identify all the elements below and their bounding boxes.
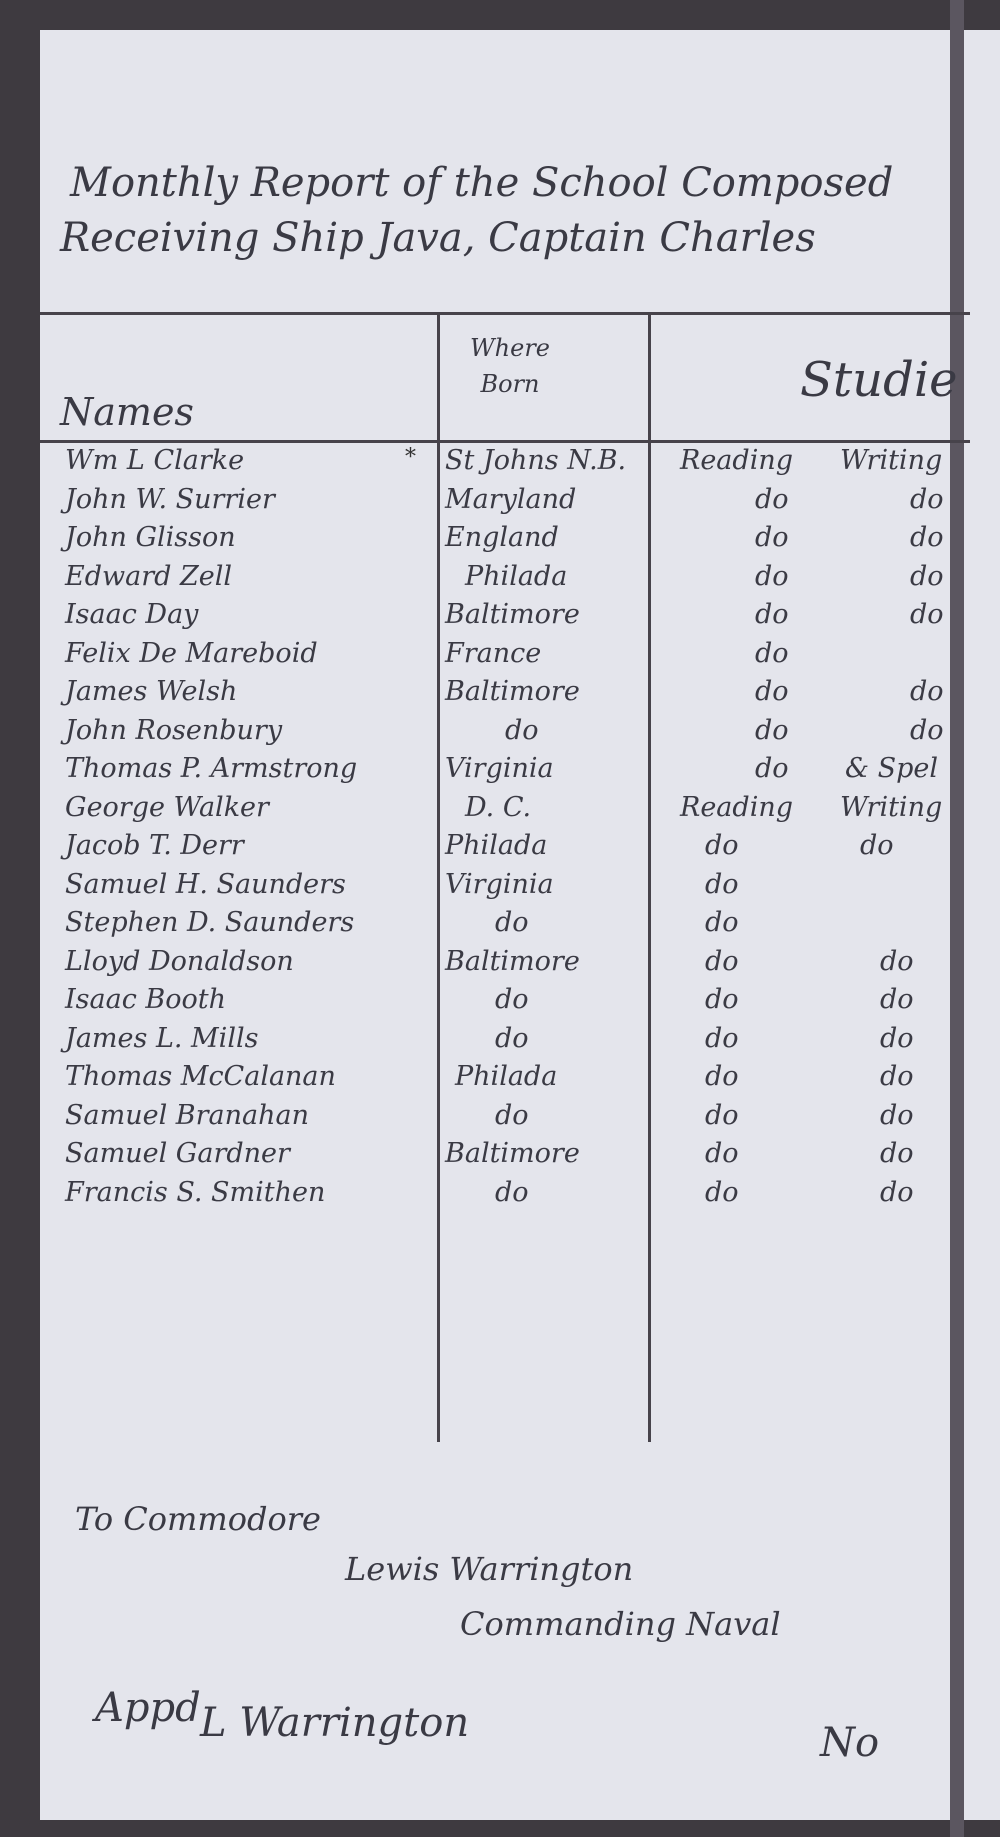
table-row: Wm L Clarke * St Johns N.B. Reading Writ…: [0, 445, 1000, 484]
birthplace: do: [495, 907, 529, 938]
table-row: Francis S. Smithen do do do: [0, 1177, 1000, 1216]
header-bottom-rule: [40, 440, 970, 443]
approved-mark: Appd: [95, 1685, 201, 1731]
study-reading: do: [755, 715, 789, 746]
study-reading: do: [755, 599, 789, 630]
study-reading: do: [755, 484, 789, 515]
student-name: Thomas P. Armstrong: [65, 753, 357, 784]
study-writing: Writing: [840, 445, 942, 476]
study-reading: Reading: [680, 445, 793, 476]
student-name: Isaac Booth: [65, 984, 226, 1015]
table-row: Isaac Day Baltimore do do: [0, 599, 1000, 638]
student-name: Stephen D. Saunders: [65, 907, 354, 938]
birthplace: do: [495, 1100, 529, 1131]
header-where-born: Where Born: [470, 330, 550, 402]
study-reading: do: [705, 869, 739, 900]
study-reading: do: [705, 830, 739, 861]
birthplace: England: [445, 522, 559, 553]
birthplace: St Johns N.B.: [445, 445, 626, 476]
header-born: Born: [470, 366, 550, 402]
table-row: Isaac Booth do do do: [0, 984, 1000, 1023]
table-row: Jacob T. Derr Philada do do: [0, 830, 1000, 869]
study-writing: do: [860, 830, 894, 861]
birthplace: Baltimore: [445, 599, 580, 630]
birthplace: Virginia: [445, 869, 554, 900]
study-reading: Reading: [680, 792, 793, 823]
student-name: John W. Surrier: [65, 484, 275, 515]
student-list: Wm L Clarke * St Johns N.B. Reading Writ…: [0, 445, 1000, 1215]
student-name: Edward Zell: [65, 561, 232, 592]
student-name: John Rosenbury: [65, 715, 282, 746]
signature: L Warrington: [200, 1700, 469, 1746]
table-row: Samuel Branahan do do do: [0, 1100, 1000, 1139]
birthplace: do: [505, 715, 539, 746]
study-writing: do: [880, 1023, 914, 1054]
closing-addressee: Lewis Warrington: [345, 1550, 633, 1588]
study-writing: do: [880, 1061, 914, 1092]
study-writing: do: [910, 599, 944, 630]
birthplace: do: [495, 1023, 529, 1054]
birthplace: Philada: [445, 830, 547, 861]
table-row: Lloyd Donaldson Baltimore do do: [0, 946, 1000, 985]
birthplace: Maryland: [445, 484, 576, 515]
table-row: James L. Mills do do do: [0, 1023, 1000, 1062]
table-row: Edward Zell Philada do do: [0, 561, 1000, 600]
study-reading: do: [755, 676, 789, 707]
student-name: Felix De Mareboid: [65, 638, 318, 669]
study-writing: do: [880, 946, 914, 977]
student-name: Jacob T. Derr: [65, 830, 244, 861]
student-name: Lloyd Donaldson: [65, 946, 294, 977]
birthplace: Philada: [465, 561, 567, 592]
header-where: Where: [470, 330, 550, 366]
table-row: Thomas P. Armstrong Virginia do & Spel: [0, 753, 1000, 792]
report-title-line-1: Monthly Report of the School Composed: [70, 160, 893, 206]
table-row: Felix De Mareboid France do: [0, 638, 1000, 677]
study-reading: do: [705, 1100, 739, 1131]
study-writing: Writing: [840, 792, 942, 823]
student-name: Samuel H. Saunders: [65, 869, 346, 900]
birthplace: do: [495, 1177, 529, 1208]
study-reading: do: [705, 1177, 739, 1208]
study-reading: do: [705, 907, 739, 938]
birthplace: Baltimore: [445, 946, 580, 977]
header-names: Names: [60, 390, 194, 434]
table-row: Stephen D. Saunders do do: [0, 907, 1000, 946]
table-row: Samuel Gardner Baltimore do do: [0, 1138, 1000, 1177]
table-row: John W. Surrier Maryland do do: [0, 484, 1000, 523]
study-writing: & Spel: [845, 753, 938, 784]
study-reading: do: [705, 1023, 739, 1054]
study-reading: do: [755, 638, 789, 669]
study-reading: do: [705, 984, 739, 1015]
report-title-line-2: Receiving Ship Java, Captain Charles: [60, 215, 816, 261]
student-name: James Welsh: [65, 676, 237, 707]
study-writing: do: [880, 1138, 914, 1169]
table-row: Thomas McCalanan Philada do do: [0, 1061, 1000, 1100]
header-studies: Studie: [800, 352, 958, 408]
study-reading: do: [705, 1138, 739, 1169]
birthplace: Baltimore: [445, 1138, 580, 1169]
student-name: John Glisson: [65, 522, 236, 553]
study-writing: do: [880, 984, 914, 1015]
table-top-rule: [40, 312, 970, 315]
study-writing: do: [910, 715, 944, 746]
study-writing: do: [910, 484, 944, 515]
asterisk-mark: *: [405, 445, 416, 470]
table-row: John Glisson England do do: [0, 522, 1000, 561]
table-row: James Welsh Baltimore do do: [0, 676, 1000, 715]
student-name: Wm L Clarke: [65, 445, 244, 476]
birthplace: D. C.: [465, 792, 531, 823]
student-name: Thomas McCalanan: [65, 1061, 336, 1092]
closing-right-fragment: No: [820, 1720, 879, 1766]
study-writing: do: [910, 676, 944, 707]
student-name: Isaac Day: [65, 599, 198, 630]
study-reading: do: [705, 1061, 739, 1092]
study-reading: do: [755, 561, 789, 592]
table-row: John Rosenbury do do do: [0, 715, 1000, 754]
table-row: Samuel H. Saunders Virginia do: [0, 869, 1000, 908]
birthplace: France: [445, 638, 541, 669]
birthplace: Baltimore: [445, 676, 580, 707]
study-reading: do: [705, 946, 739, 977]
table-row: George Walker D. C. Reading Writing: [0, 792, 1000, 831]
study-writing: do: [880, 1100, 914, 1131]
student-name: James L. Mills: [65, 1023, 258, 1054]
closing-title: Commanding Naval: [460, 1605, 781, 1643]
study-reading: do: [755, 522, 789, 553]
student-name: Samuel Branahan: [65, 1100, 309, 1131]
student-name: Francis S. Smithen: [65, 1177, 325, 1208]
study-writing: do: [880, 1177, 914, 1208]
study-writing: do: [910, 522, 944, 553]
birthplace: do: [495, 984, 529, 1015]
study-writing: do: [910, 561, 944, 592]
birthplace: Virginia: [445, 753, 554, 784]
birthplace: Philada: [455, 1061, 557, 1092]
student-name: George Walker: [65, 792, 269, 823]
student-name: Samuel Gardner: [65, 1138, 290, 1169]
closing-to-commodore: To Commodore: [75, 1500, 321, 1538]
study-reading: do: [755, 753, 789, 784]
